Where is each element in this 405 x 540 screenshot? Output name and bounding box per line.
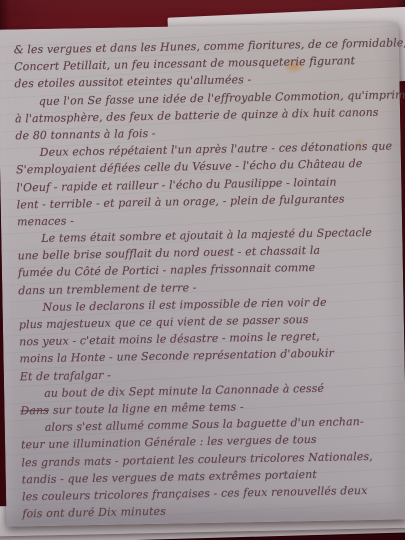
- manuscript-page: & les vergues et dans les Hunes, comme f…: [0, 22, 405, 526]
- manuscript-line-text: sur toute la ligne en même tems -: [53, 400, 244, 416]
- manuscript-text: & les vergues et dans les Hunes, comme f…: [0, 22, 405, 526]
- struck-out-word: Dans: [20, 404, 49, 418]
- photo-backdrop: & les vergues et dans les Hunes, comme f…: [0, 0, 405, 540]
